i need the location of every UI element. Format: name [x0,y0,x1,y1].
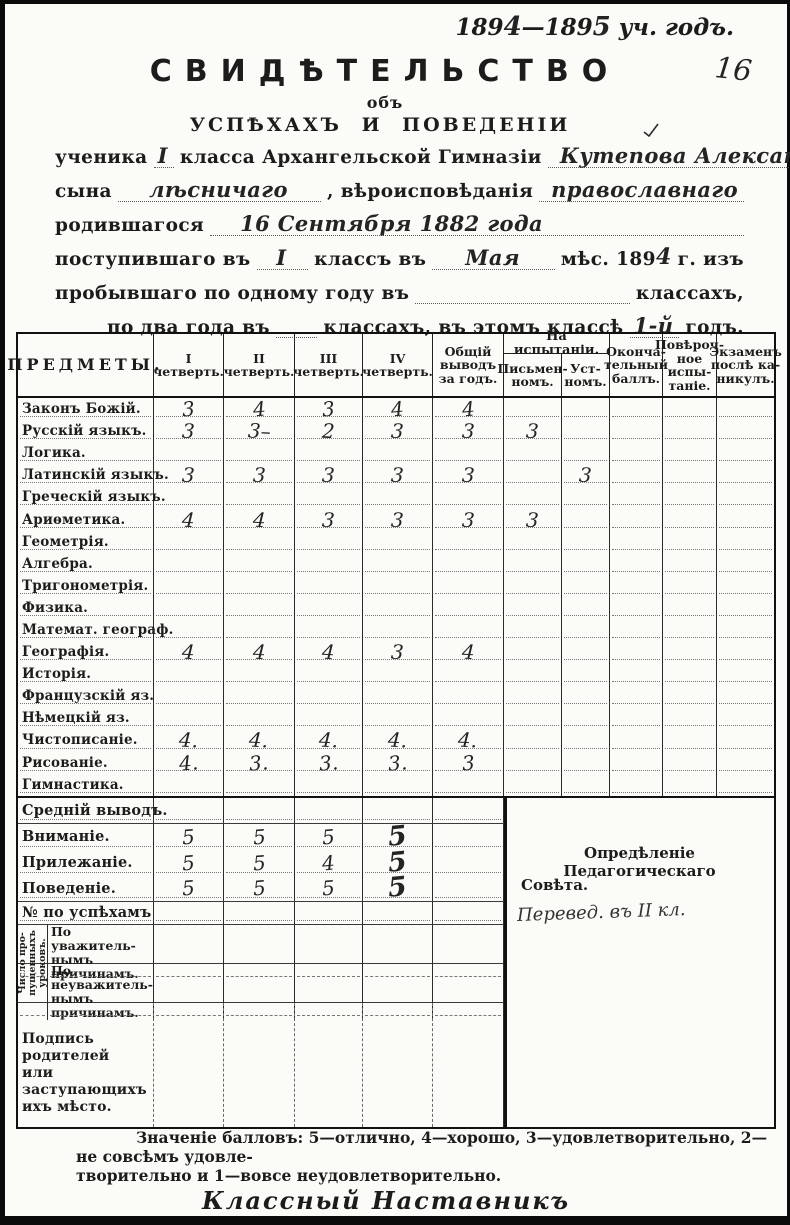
table-bottom-section: Средній выводъ.Вниманіе.5555Прилежаніе.5… [18,798,774,1127]
subject-row: Исторія. [18,663,774,685]
grade-cell [295,619,363,641]
grade-cell [154,597,224,619]
subject-row: Латинскій языкъ.333333 [18,464,774,486]
grade-cell [562,486,610,508]
handwritten-father-occupation: лѣсничаго [118,179,321,202]
subject-row: Ариѳметика.443333 [18,508,774,530]
subject-row: Алгебра. [18,553,774,575]
grade-cell [610,597,663,619]
scan-border-bottom [0,1216,790,1225]
grade-cell [663,663,717,685]
grade-cell [224,663,295,685]
grade-cell [610,752,663,774]
grade-cell [504,531,562,553]
column-header-quarter-1: I четверть. [154,334,224,396]
grade-cell [610,707,663,729]
column-header-post-vacation-exam: Экзаменъ послѣ ка- никулъ. [717,334,774,396]
grade-cell: 3 [504,420,562,442]
blank-line [415,303,630,304]
grade-cell: 3 [363,464,433,486]
grade-cell [663,575,717,597]
grade-cell: 5 [224,876,295,901]
empty-cell [433,1003,504,1127]
handwritten-grade: 3 [461,509,475,530]
grade-cell [717,597,774,619]
handwritten-grade: 4 [252,642,266,663]
grade-cell [562,420,610,442]
grade-cell [717,531,774,553]
grade-cell [562,663,610,685]
grade-cell: 5 [224,850,295,876]
grade-cell [224,575,295,597]
grade-cell [562,531,610,553]
grade-cell [663,486,717,508]
subject-row: Математ. географ. [18,619,774,641]
summary-label: Поведеніе. [18,876,154,901]
grade-cell [154,575,224,597]
grade-cell [504,685,562,707]
subject-label: Логика. [18,442,154,464]
grade-cell [504,442,562,464]
grade-cell [154,774,224,796]
grade-cell [224,597,295,619]
empty-cell [433,902,504,924]
class-mentor-signature: Классный Наставникъ [202,1186,570,1215]
handwritten-grade: 3. [318,752,339,774]
handwritten-grade: 4 [252,399,266,420]
grade-cell [154,798,224,823]
grade-cell [663,398,717,420]
grade-cell: 4. [363,729,433,751]
handwritten-grade: 5 [252,826,266,847]
summary-row: Средній выводъ. [18,798,504,824]
rank-row: № по успѣхамъ [18,902,504,925]
grade-cell [433,531,504,553]
subject-label: Математ. географ. [18,619,154,641]
grade-cell [433,824,504,850]
handwritten-birth-date: 16 Сентября 1882 года [210,213,744,236]
handwritten-grade: 5 [252,878,266,899]
grade-cell: 5 [295,824,363,850]
grade-cell: 3 [224,464,295,486]
empty-cell [295,1003,363,1127]
grade-cell: 4 [224,398,295,420]
school-year-line: 1894—1895 уч. годъ. [456,12,734,42]
label-uchenika: ученика [55,147,154,168]
grade-cell [504,707,562,729]
handwritten-admission-year: 4 [656,244,672,270]
label-veroispovedaniya: , вѣроисповѣданія [321,181,539,202]
label-klass-v: классъ въ [308,249,432,270]
handwritten-grade: 5 [387,826,407,848]
handwritten-grade: 3 [526,509,540,530]
certificate-subtitle-ob: объ [0,93,770,112]
summary-row: Вниманіе.5555 [18,824,504,850]
subject-label: Латинскій языкъ. [18,464,154,486]
certificate-title: СВИДѢТЕЛЬСТВО [0,54,770,89]
grade-cell: 4. [433,729,504,751]
grade-cell [433,619,504,641]
grade-cell: 3– [224,420,295,442]
handwritten-council-decision: Перевед. въ II кл. [517,899,686,926]
subject-label: Греческій языкъ. [18,486,154,508]
grade-cell [224,486,295,508]
grade-cell [610,619,663,641]
grade-cell [562,685,610,707]
grade-cell [433,707,504,729]
subject-label: Географія. [18,641,154,663]
grade-cell [433,850,504,876]
empty-cell [154,902,224,924]
subject-label: Гимнастика. [18,774,154,796]
grade-cell: 4. [295,729,363,751]
legend-line-2: творительно и 1—вовсе неудовлетворительн… [76,1166,770,1185]
column-header-written-exam: Письмен- номъ. [504,354,562,396]
grade-cell [504,486,562,508]
empty-cell [295,902,363,924]
scan-border-left [0,0,5,1225]
scan-border-top [0,0,790,4]
grade-cell [610,442,663,464]
subject-label: Чистописаніе. [18,729,154,751]
grade-cell [717,486,774,508]
grade-cell [363,442,433,464]
handwritten-grade: 4 [461,399,475,420]
grade-cell [717,553,774,575]
grade-cell: 4 [154,508,224,530]
grade-cell [663,597,717,619]
grade-cell [717,442,774,464]
form-line-birth: родившагося 16 Сентября 1882 года [55,211,744,236]
column-header-quarter-3: III четверть. [295,334,363,396]
subject-label: Исторія. [18,663,154,685]
student-info-form: ученика I класса Архангельской Гимназіи … [55,143,744,347]
grade-cell: 4. [154,729,224,751]
grade-cell [504,619,562,641]
grade-cell: 4 [295,641,363,663]
label-syna: сына [55,181,118,202]
grade-cell [562,398,610,420]
grade-cell [717,774,774,796]
subject-label: Законъ Божій. [18,398,154,420]
grade-cell [717,575,774,597]
summary-row: Поведеніе.5555 [18,876,504,902]
handwritten-grade: 3 [461,421,475,442]
grade-cell: 4 [433,398,504,420]
empty-cell [154,1003,224,1127]
summary-label: Средній выводъ. [18,798,154,823]
label-mes-god: мѣс. 189 [555,249,656,270]
grade-cell [610,420,663,442]
label-postupivshago: поступившаго въ [55,249,257,270]
handwritten-grade: 3 [182,465,196,486]
grade-cell [610,508,663,530]
grades-table-header: ПРЕДМЕТЫ. I четверть. II четверть. III ч… [18,334,774,398]
handwritten-grade: 3 [182,421,196,442]
empty-cell [363,1003,433,1127]
ink-check-mark [642,122,660,141]
grade-cell [663,729,717,751]
grade-cell [363,575,433,597]
grade-cell [224,707,295,729]
parent-signature-label: Подпись родителей или заступающихъ ихъ м… [18,1003,154,1127]
grade-cell [610,685,663,707]
form-line-origin: сына лѣсничаго , вѣроисповѣданія правосл… [55,177,744,202]
subject-row: Чистописаніе.4.4.4.4.4. [18,729,774,751]
grade-cell: 3 [295,398,363,420]
grade-cell [562,442,610,464]
column-header-quarter-2: II четверть. [224,334,295,396]
grade-cell [224,798,295,823]
grade-cell [295,575,363,597]
grade-cell [562,575,610,597]
grade-cell [610,641,663,663]
grade-cell [717,420,774,442]
grade-cell: 4. [224,729,295,751]
grade-cell [610,553,663,575]
handwritten-grade: 4. [318,730,338,751]
summary-row: Прилежаніе.5545 [18,850,504,876]
grade-cell [717,508,774,530]
grade-cell: 5 [224,824,295,850]
grade-cell [663,641,717,663]
summary-block: Средній выводъ.Вниманіе.5555Прилежаніе.5… [18,798,504,1127]
grade-cell: 4 [363,398,433,420]
handwritten-faith: православнаго [539,179,744,202]
grade-cell [610,774,663,796]
grade-cell: 3. [363,752,433,774]
grade-cell: 2 [295,420,363,442]
grade-cell: 4 [154,641,224,663]
handwritten-grade: 3 [322,465,336,486]
handwritten-grade: 3 [526,421,540,442]
year-handwritten-digit: 4 [504,12,522,42]
grade-cell [663,420,717,442]
subject-row: Рисованіе.4.3.3.3.3 [18,752,774,774]
grade-cell [154,442,224,464]
grade-cell [717,663,774,685]
label-klassah-1: классахъ, [630,283,744,304]
grade-cell [154,619,224,641]
grade-cell [610,486,663,508]
handwritten-grade: 4. [249,730,269,751]
grade-cell: 3. [295,752,363,774]
grade-cell: 3 [433,464,504,486]
subject-row: Законъ Божій.34344 [18,398,774,420]
column-header-subjects: ПРЕДМЕТЫ. [18,334,154,396]
grade-cell [610,729,663,751]
grade-cell [363,553,433,575]
subject-row: Русскій языкъ.33–2333 [18,420,774,442]
grade-cell [562,707,610,729]
grade-cell [663,531,717,553]
handwritten-grade: 5 [321,878,335,899]
grade-cell [562,752,610,774]
handwritten-grade: 3 [391,465,405,486]
grade-cell [433,442,504,464]
grade-cell [154,685,224,707]
grade-cell [295,442,363,464]
grade-cell [504,752,562,774]
handwritten-grade: 4. [178,730,198,751]
year-printed: 189 [456,14,504,41]
year-suffix: уч. годъ. [611,14,734,41]
handwritten-grade: 3 [391,509,405,530]
handwritten-student-name: Кутепова Александра [548,145,790,168]
grade-cell [433,876,504,901]
grade-cell [610,398,663,420]
grade-cell [504,774,562,796]
grade-cell: 5 [154,850,224,876]
empty-cell [363,902,433,924]
handwritten-grade: 4. [387,730,407,751]
grade-cell [433,486,504,508]
handwritten-grade: 4 [182,509,196,530]
grade-cell [363,663,433,685]
council-determination-label: Опредѣленіе Педагогическаго [509,844,770,880]
handwritten-grade: 3– [247,421,271,442]
handwritten-grade: 4 [321,852,335,873]
subject-row: Французскій яз. [18,685,774,707]
grade-cell [562,729,610,751]
subject-label: Физика. [18,597,154,619]
grade-cell [663,464,717,486]
grade-cell [562,641,610,663]
grade-cell [562,597,610,619]
grade-cell: 3 [433,420,504,442]
grade-cell [504,641,562,663]
grade-cell [295,707,363,729]
grade-cell: 5 [363,824,433,850]
grade-cell: 5 [295,876,363,901]
handwritten-grade: 5 [387,877,407,899]
grade-cell [295,663,363,685]
grade-cell: 4 [224,641,295,663]
subject-label: Рисованіе. [18,752,154,774]
grade-cell [663,752,717,774]
grade-cell [717,464,774,486]
subject-row: Геометрія. [18,531,774,553]
subject-label: Нѣмецкій яз. [18,707,154,729]
grade-cell: 3 [562,464,610,486]
grade-cell [363,685,433,707]
grade-cell: 3 [154,464,224,486]
grade-cell: 3 [295,508,363,530]
subject-row: Логика. [18,442,774,464]
grade-cell [663,685,717,707]
grade-cell [610,464,663,486]
grade-cell [224,442,295,464]
grade-cell: 4. [154,752,224,774]
grade-cell: 3 [433,752,504,774]
grade-cell [663,508,717,530]
grade-cell [562,508,610,530]
grade-cell [610,575,663,597]
handwritten-grade: 4 [390,399,404,420]
subject-row: Нѣмецкій яз. [18,707,774,729]
grade-cell: 3 [295,464,363,486]
handwritten-grade: 3 [461,752,475,773]
grade-cell [295,553,363,575]
grade-cell [154,663,224,685]
grade-cell: 3 [363,641,433,663]
subject-row: Тригонометрія. [18,575,774,597]
subject-row: Географія.44434 [18,641,774,663]
subject-label: Русскій языкъ. [18,420,154,442]
column-header-year-total: Общій выводъ за годъ. [433,334,504,396]
handwritten-grade: 5 [252,852,266,873]
grade-cell [224,774,295,796]
summary-label: Вниманіе. [18,824,154,850]
grade-cell: 3 [154,420,224,442]
grade-cell [154,553,224,575]
grade-cell [363,798,433,823]
pedagogical-council-panel: Опредѣленіе Педагогическаго Совѣта. Пере… [504,798,774,1127]
grade-cell [717,729,774,751]
handwritten-grade: 3 [579,465,593,486]
handwritten-grade: 3 [322,509,336,530]
subjects-body: Законъ Божій.34344Русскій языкъ.33–2333Л… [18,398,774,798]
grade-cell [224,531,295,553]
grade-cell: 3 [504,508,562,530]
handwritten-admission-class: I [257,247,309,270]
handwritten-class-number: I [154,145,174,168]
parent-signature-row: Подпись родителей или заступающихъ ихъ м… [18,1003,504,1127]
form-line-admission: поступившаго въ I классъ въ Мая мѣс. 189… [55,245,744,270]
grade-cell [663,774,717,796]
handwritten-grade: 3 [461,465,475,486]
certificate-page: 1894—1895 уч. годъ. 16 СВИДѢТЕЛЬСТВО объ… [0,0,790,1225]
grade-cell [610,663,663,685]
grade-cell [663,707,717,729]
grade-cell [295,531,363,553]
label-klassa-gimnazii: класса Архангельской Гимназіи [174,147,548,168]
column-header-quarter-4: IV четверть. [363,334,433,396]
grade-cell [295,486,363,508]
council-label: Совѣта. [521,876,588,894]
grade-cell: 3. [224,752,295,774]
grade-cell [717,685,774,707]
handwritten-grade: 3 [252,465,266,486]
grades-table: ПРЕДМЕТЫ. I четверть. II четверть. III ч… [16,332,776,1129]
handwritten-grade: 3 [391,642,405,663]
grade-cell: 4 [224,508,295,530]
subject-row: Гимнастика. [18,774,774,796]
subject-row: Физика. [18,597,774,619]
grade-cell [433,774,504,796]
grade-cell [504,464,562,486]
handwritten-grade: 4. [178,752,199,774]
grade-cell: 4 [295,850,363,876]
column-group-header-exam: На испытаніи. [504,334,610,354]
grade-cell [363,774,433,796]
grade-cell [504,729,562,751]
grade-cell [295,798,363,823]
grade-cell [363,597,433,619]
handwritten-grade: 5 [181,826,195,847]
subject-label: Французскій яз. [18,685,154,707]
label-rodivshagosya: родившагося [55,215,210,236]
handwritten-grade: 2 [322,421,336,442]
grade-cell [562,619,610,641]
summary-rows: Средній выводъ.Вниманіе.5555Прилежаніе.5… [18,798,504,902]
grade-cell [363,619,433,641]
column-header-oral-exam: Уст- номъ. [562,354,610,396]
grade-cell [154,707,224,729]
grades-legend: Значеніе балловъ: 5—отлично, 4—хорошо, 3… [76,1128,770,1185]
grade-cell [154,531,224,553]
grade-cell [363,707,433,729]
